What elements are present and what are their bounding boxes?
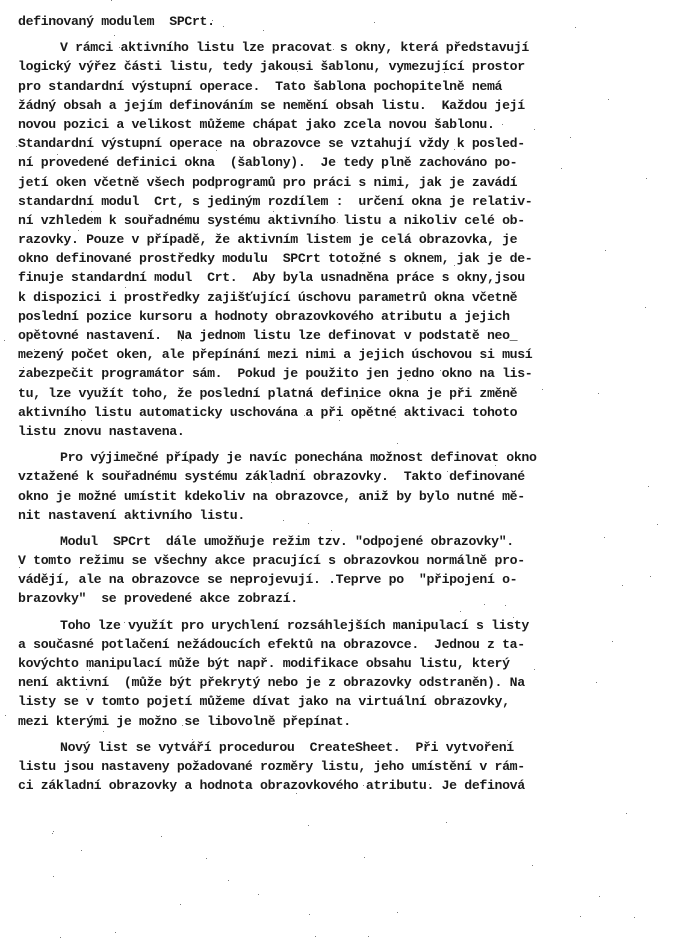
scan-noise-dot	[56, 64, 57, 65]
scan-noise-dot	[339, 420, 340, 421]
text-line: tu, lze využít toho, že poslední platná …	[18, 384, 670, 403]
scan-noise-dot	[407, 380, 408, 381]
scan-noise-dot	[513, 617, 514, 618]
scan-noise-dot	[634, 917, 635, 918]
scan-noise-dot	[115, 932, 116, 933]
scan-noise-dot	[90, 684, 91, 685]
text-line: V rámci aktivního listu lze pracovat s o…	[18, 38, 670, 57]
scan-noise-dot	[477, 660, 478, 661]
paragraph: Nový list se vytváří procedurou CreateSh…	[18, 738, 670, 796]
scan-noise-dot	[447, 471, 448, 472]
scan-noise-dot	[575, 27, 576, 28]
text-line: opětovné nastavení. Na jednom listu lze …	[18, 326, 670, 345]
scan-noise-dot	[19, 567, 20, 568]
scan-noise-dot	[304, 415, 305, 416]
scan-noise-dot	[155, 785, 156, 786]
text-line: není aktivní (může být překrytý nebo je …	[18, 673, 670, 692]
paragraph-gap	[18, 441, 670, 448]
scan-noise-dot	[186, 553, 187, 554]
text-line: k dispozici i prostředky zajišťující úsc…	[18, 288, 670, 307]
scan-noise-dot	[206, 858, 207, 859]
scan-noise-dot	[308, 523, 309, 524]
paragraph-gap	[18, 31, 670, 38]
scan-noise-dot	[180, 904, 181, 905]
text-line: vztažené k souřadnému systému základní o…	[18, 467, 670, 486]
scan-noise-dot	[124, 622, 125, 623]
paragraph: V rámci aktivního listu lze pracovat s o…	[18, 38, 670, 441]
scan-noise-dot	[297, 71, 298, 72]
scan-noise-dot	[89, 670, 90, 671]
scan-noise-dot	[305, 698, 306, 699]
scan-noise-dot	[397, 912, 398, 913]
text-line: ní provedené definici okna (šablony). Je…	[18, 153, 670, 172]
scan-noise-dot	[271, 482, 272, 483]
scan-noise-dot	[192, 739, 193, 740]
scan-noise-dot	[657, 524, 658, 525]
scan-noise-dot	[331, 530, 332, 531]
scan-noise-dot	[60, 937, 61, 938]
scan-noise-dot	[283, 520, 284, 521]
scan-noise-dot	[421, 81, 422, 82]
scan-noise-dot	[157, 699, 158, 700]
scan-noise-dot	[57, 154, 58, 155]
text-line: listu znovu nastavena.	[18, 422, 670, 441]
text-line: finuje standardní modul Crt. Aby byla us…	[18, 268, 670, 287]
text-line: kovýchto manipulací může být např. modif…	[18, 654, 670, 673]
paragraph: Pro výjimečné případy je navíc ponechána…	[18, 448, 670, 525]
document-body: definovaný modulem SPCrt.V rámci aktivní…	[18, 12, 670, 795]
text-line: zabezpečit programátor sám. Pokud je pou…	[18, 364, 670, 383]
scan-noise-dot	[161, 836, 162, 837]
scan-noise-dot	[378, 460, 379, 461]
scan-noise-dot	[570, 137, 571, 138]
scan-noise-dot	[228, 880, 229, 881]
text-line: mezi kterými je možno se libovolně přepí…	[18, 712, 670, 731]
scan-noise-dot	[542, 389, 543, 390]
scan-noise-dot	[40, 701, 41, 702]
text-line: vádějí, ale na obrazovce se neprojevují.…	[18, 570, 670, 589]
scan-noise-dot	[622, 585, 623, 586]
scan-noise-dot	[398, 388, 399, 389]
scan-noise-dot	[84, 750, 85, 751]
scan-noise-dot	[114, 35, 115, 36]
scan-noise-dot	[304, 85, 305, 86]
scan-noise-dot	[605, 250, 606, 251]
text-line: Standardní výstupní operace na obrazovce…	[18, 134, 670, 153]
scan-noise-dot	[397, 443, 398, 444]
text-line: novou pozici a velikost můžeme chápat ja…	[18, 115, 670, 134]
scan-noise-dot	[502, 124, 503, 125]
scan-noise-dot	[299, 479, 300, 480]
scan-noise-dot	[296, 469, 297, 470]
scan-noise-dot	[454, 149, 455, 150]
scan-noise-dot	[301, 220, 302, 221]
scan-noise-dot	[55, 19, 56, 20]
scan-noise-dot	[454, 265, 455, 266]
text-line: okno je možné umístit kdekoliv na obrazo…	[18, 487, 670, 506]
scan-noise-dot	[188, 461, 189, 462]
text-line: nit nastavení aktivního listu.	[18, 506, 670, 525]
scan-noise-dot	[405, 374, 406, 375]
scan-noise-dot	[81, 420, 82, 421]
scan-noise-dot	[135, 499, 136, 500]
scan-noise-dot	[111, 0, 112, 1]
scan-noise-dot	[460, 611, 461, 612]
scan-noise-dot	[218, 338, 219, 339]
scan-noise-dot	[34, 349, 35, 350]
scan-noise-dot	[645, 307, 646, 308]
text-line: listy se v tomto pojetí můžeme dívat jak…	[18, 692, 670, 711]
scan-noise-dot	[446, 822, 447, 823]
scan-noise-dot	[58, 199, 59, 200]
scan-noise-dot	[178, 223, 179, 224]
scan-noise-dot	[374, 22, 375, 23]
text-line: žádný obsah a jejím definováním se neměn…	[18, 96, 670, 115]
scan-noise-dot	[297, 356, 298, 357]
scan-noise-dot	[333, 49, 334, 50]
scan-noise-dot	[52, 833, 53, 834]
scan-noise-dot	[507, 740, 508, 741]
scan-noise-dot	[263, 30, 264, 31]
scan-noise-dot	[32, 390, 33, 391]
text-line: brazovky" se provedené akce zobrazí.	[18, 589, 670, 608]
text-line: jetí oken včetně všech podprogramů pro p…	[18, 173, 670, 192]
scan-noise-dot	[91, 211, 92, 212]
scan-noise-dot	[181, 340, 182, 341]
text-line: ci základní obrazovky a hodnota obrazovk…	[18, 776, 670, 795]
scan-noise-dot	[186, 333, 187, 334]
text-line: definovaný modulem SPCrt.	[18, 12, 670, 31]
scan-noise-dot	[362, 263, 363, 264]
scan-noise-dot	[223, 26, 224, 27]
scan-noise-dot	[182, 725, 183, 726]
scan-noise-dot	[505, 605, 506, 606]
scan-noise-dot	[103, 731, 104, 732]
scan-noise-dot	[608, 99, 609, 100]
scan-noise-dot	[318, 223, 319, 224]
scan-noise-dot	[53, 876, 54, 877]
scan-noise-dot	[272, 103, 273, 104]
scan-noise-dot	[5, 715, 6, 716]
scan-noise-dot	[237, 331, 238, 332]
scan-noise-dot	[363, 785, 364, 786]
scan-noise-dot	[327, 237, 328, 238]
scan-noise-dot	[296, 793, 297, 794]
text-line: razovky. Pouze v případě, že aktivním li…	[18, 230, 670, 249]
scan-noise-dot	[225, 317, 226, 318]
scan-noise-dot	[395, 417, 396, 418]
scan-noise-dot	[357, 398, 358, 399]
scan-noise-dot	[626, 813, 627, 814]
text-line: Nový list se vytváří procedurou CreateSh…	[18, 738, 670, 757]
text-line: poslední pozice kursoru a hodnoty obrazo…	[18, 307, 670, 326]
text-line: mezený počet oken, ale přepínání mezi ni…	[18, 345, 670, 364]
text-line: ní vzhledem k souřadnému systému aktivní…	[18, 211, 670, 230]
scan-noise-dot	[580, 916, 581, 917]
scan-noise-dot	[337, 222, 338, 223]
scan-noise-dot	[53, 831, 54, 832]
scan-noise-dot	[596, 682, 597, 683]
scan-noise-dot	[216, 150, 217, 151]
text-line: okno definované prostředky modulu SPCrt …	[18, 249, 670, 268]
scan-noise-dot	[648, 486, 649, 487]
paragraph-gap	[18, 731, 670, 738]
scan-noise-dot	[78, 230, 79, 231]
scan-noise-dot	[4, 340, 5, 341]
scan-noise-dot	[440, 370, 441, 371]
scan-noise-dot	[323, 392, 324, 393]
scan-noise-dot	[604, 537, 605, 538]
scan-noise-dot	[86, 689, 87, 690]
scan-noise-dot	[429, 784, 430, 785]
scan-noise-dot	[484, 604, 485, 605]
text-line: Modul SPCrt dále umožňuje režim tzv. "od…	[18, 532, 670, 551]
scan-noise-dot	[16, 146, 17, 147]
text-line: aktivního listu automaticky uschována a …	[18, 403, 670, 422]
scan-noise-dot	[155, 280, 156, 281]
scan-noise-dot	[43, 336, 44, 337]
scan-noise-dot	[155, 594, 156, 595]
scan-noise-dot	[212, 20, 213, 21]
paragraph-gap	[18, 609, 670, 616]
text-line: a současné potlačení nežádoucích efektů …	[18, 635, 670, 654]
scan-noise-dot	[650, 576, 651, 577]
scan-noise-dot	[598, 393, 599, 394]
scan-noise-dot	[444, 72, 445, 73]
scan-noise-dot	[125, 287, 126, 288]
paragraph-gap	[18, 525, 670, 532]
scanned-document-page: definovaný modulem SPCrt.V rámci aktivní…	[0, 0, 676, 946]
scan-noise-dot	[534, 669, 535, 670]
paragraph: definovaný modulem SPCrt.	[18, 12, 670, 31]
scan-noise-dot	[364, 857, 365, 858]
scan-noise-dot	[646, 178, 647, 179]
paragraph: Toho lze využít pro urychlení rozsáhlejš…	[18, 616, 670, 731]
scan-noise-dot	[599, 896, 600, 897]
text-line: Pro výjimečné případy je navíc ponechána…	[18, 448, 670, 467]
scan-noise-dot	[309, 914, 310, 915]
scan-noise-dot	[273, 211, 274, 212]
text-line: V tomto režimu se všechny akce pracující…	[18, 551, 670, 570]
text-line: Toho lze využít pro urychlení rozsáhlejš…	[18, 616, 670, 635]
scan-noise-dot	[532, 865, 533, 866]
scan-noise-dot	[457, 159, 458, 160]
text-line: logický výřez části listu, tedy jakousi …	[18, 57, 670, 76]
text-line: standardní modul Crt, s jediným rozdílem…	[18, 192, 670, 211]
scan-noise-dot	[534, 129, 535, 130]
scan-noise-dot	[232, 394, 233, 395]
scan-noise-dot	[612, 641, 613, 642]
scan-noise-dot	[368, 936, 369, 937]
scan-noise-dot	[23, 367, 24, 368]
scan-noise-dot	[495, 465, 496, 466]
scan-noise-dot	[258, 894, 259, 895]
text-line: pro standardní výstupní operace. Tato ša…	[18, 77, 670, 96]
scan-noise-dot	[81, 850, 82, 851]
scan-noise-dot	[145, 372, 146, 373]
scan-noise-dot	[315, 936, 316, 937]
scan-noise-dot	[561, 168, 562, 169]
scan-noise-dot	[463, 697, 464, 698]
scan-noise-dot	[119, 47, 120, 48]
scan-noise-dot	[445, 145, 446, 146]
scan-noise-dot	[336, 664, 337, 665]
scan-noise-dot	[233, 219, 234, 220]
scan-noise-dot	[308, 825, 309, 826]
text-line: listu jsou nastaveny požadované rozměry …	[18, 757, 670, 776]
scan-noise-dot	[369, 312, 370, 313]
paragraph: Modul SPCrt dále umožňuje režim tzv. "od…	[18, 532, 670, 609]
